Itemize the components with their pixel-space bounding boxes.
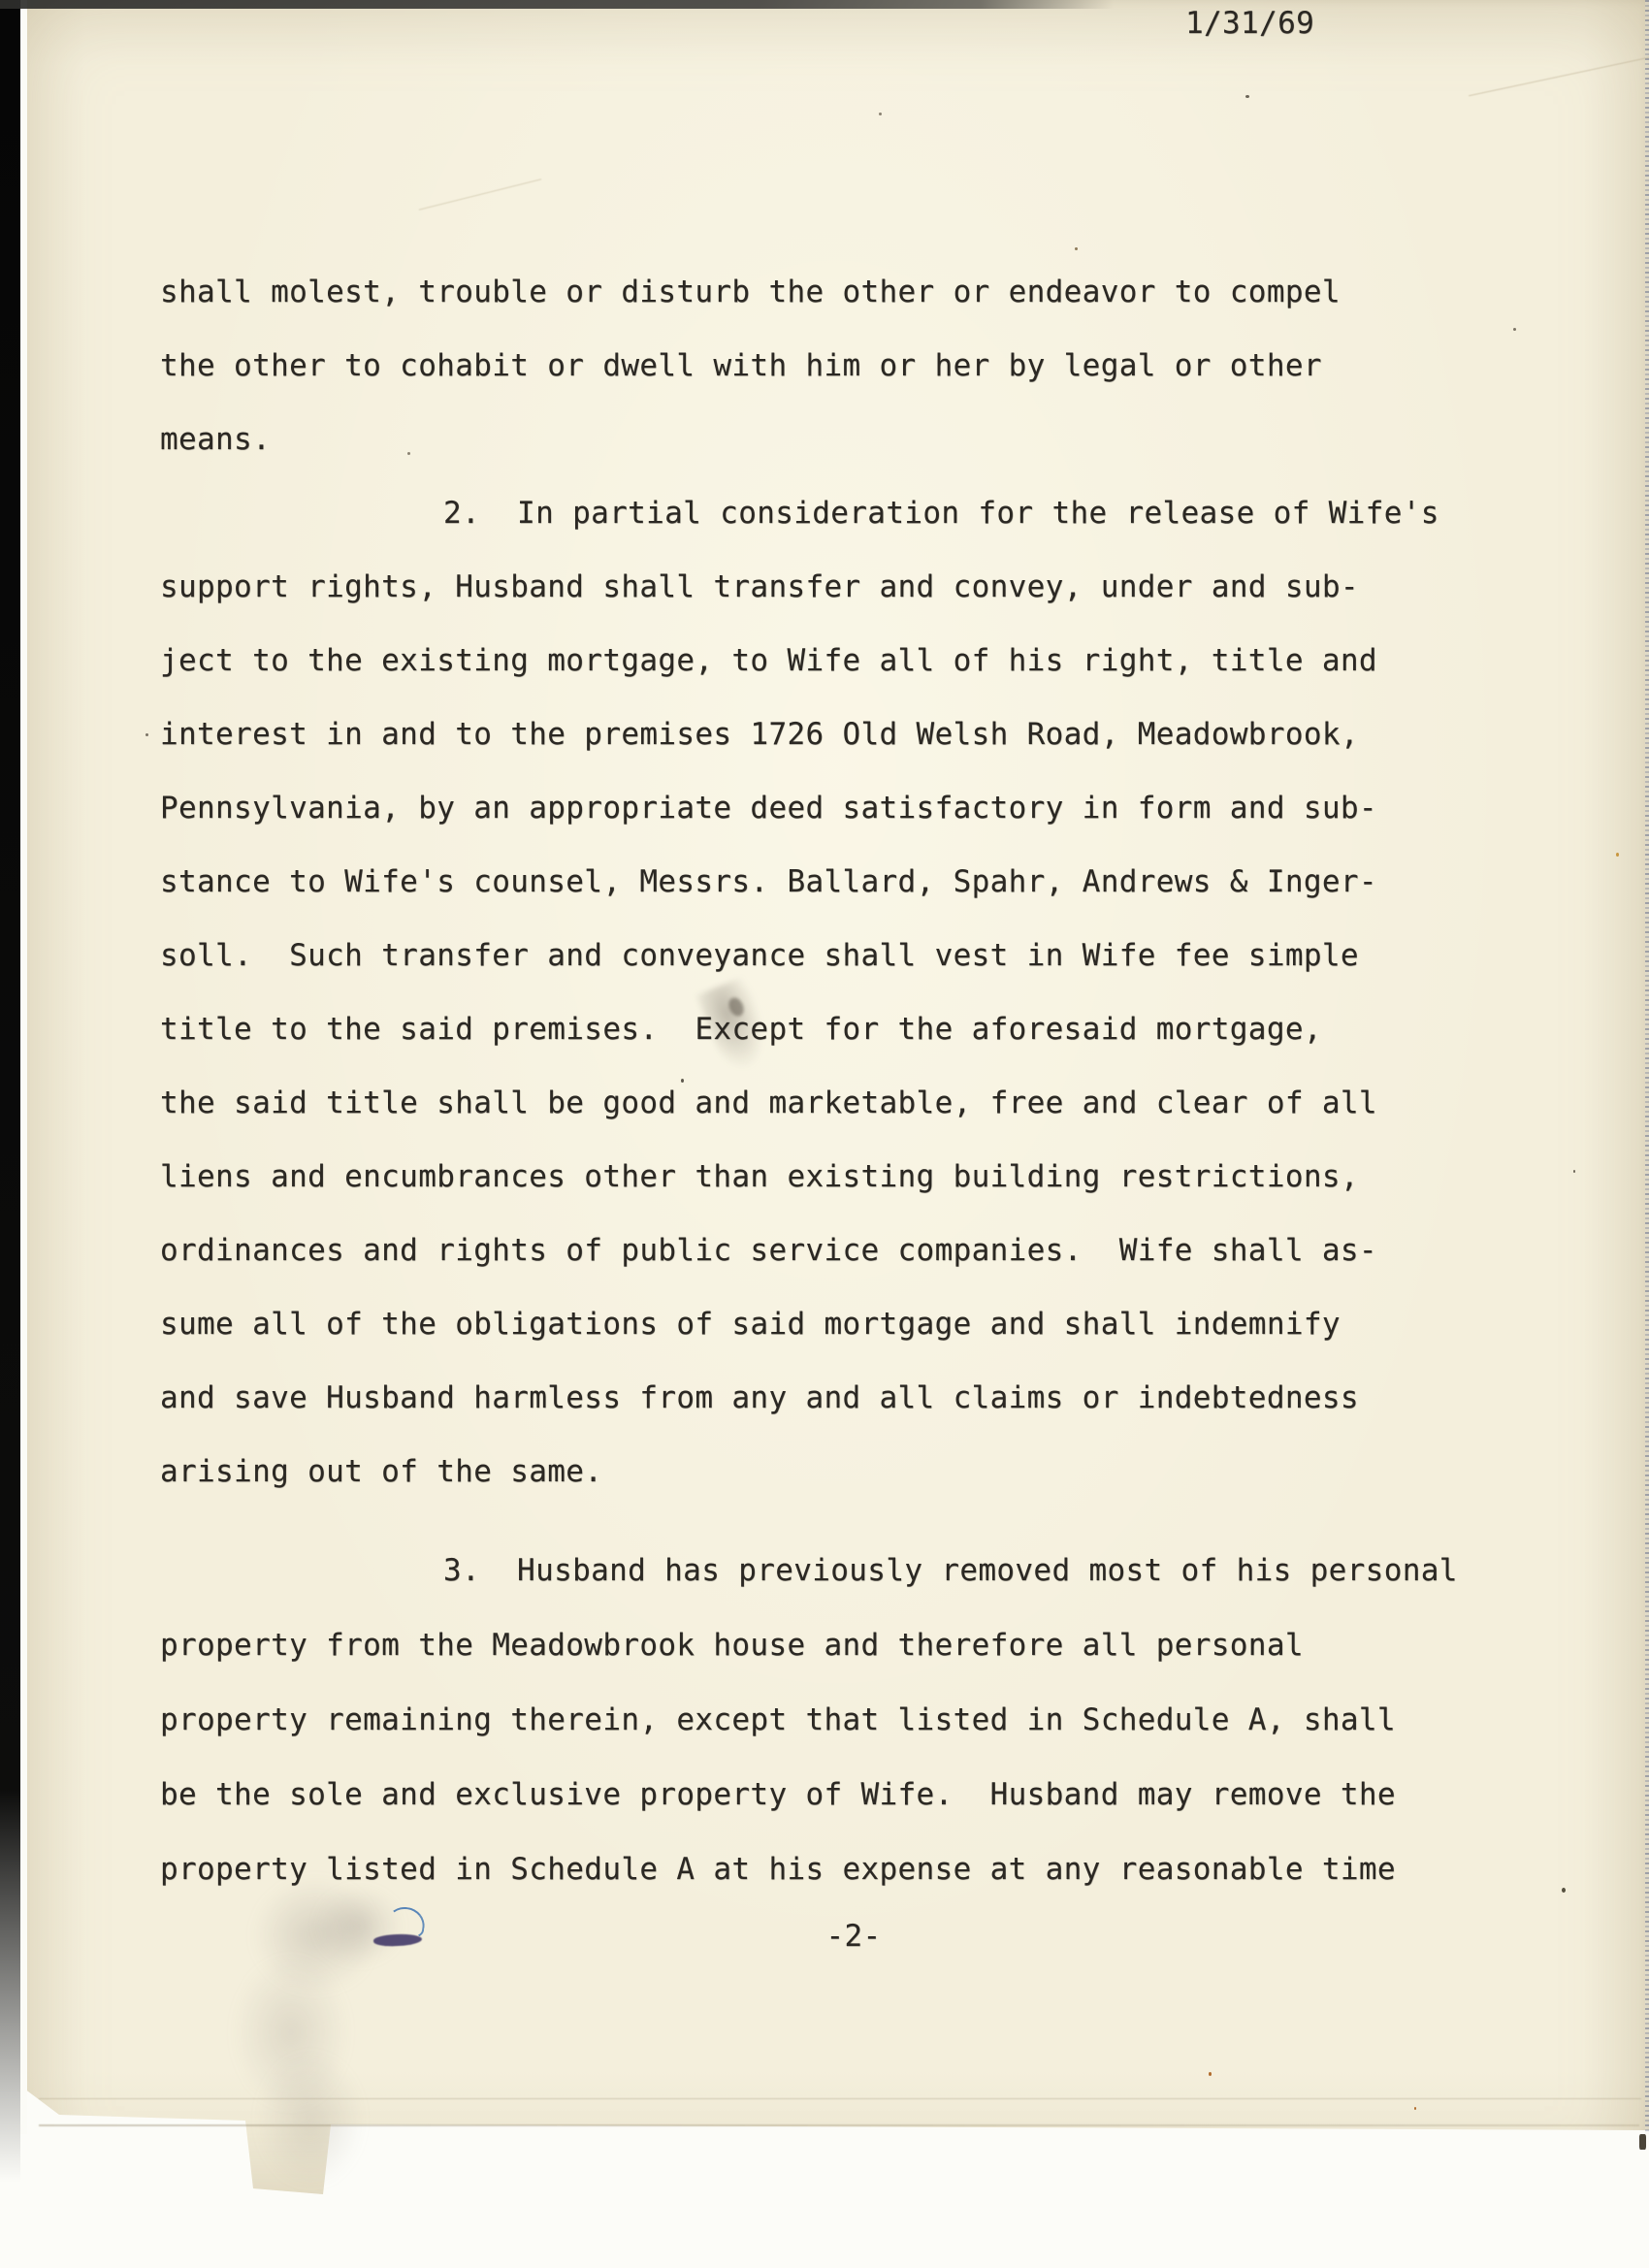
- typed-date: 1/31/69: [1185, 6, 1314, 41]
- paper-speck: [1562, 1888, 1566, 1893]
- scan-edge-top: [0, 0, 1114, 9]
- page-number: -2-: [795, 1919, 912, 1954]
- scanned-document-page: { "colors": { "paper": "#f4efdc", "ink":…: [0, 0, 1649, 2268]
- paper-speck: [1414, 2107, 1416, 2110]
- paper-speck: [1616, 853, 1619, 857]
- paper-speck: [1245, 95, 1249, 98]
- document-line: support rights, Husband shall transfer a…: [160, 569, 1518, 608]
- document-line: and save Husband harmless from any and a…: [160, 1380, 1518, 1419]
- document-line: 3. Husband has previously removed most o…: [160, 1553, 1649, 1592]
- document-line: property remaining therein, except that …: [160, 1702, 1518, 1741]
- document-line: Pennsylvania, by an appropriate deed sat…: [160, 791, 1518, 829]
- document-line: ordinances and rights of public service …: [160, 1233, 1518, 1272]
- document-line: means.: [160, 422, 1518, 461]
- document-line: interest in and to the premises 1726 Old…: [160, 717, 1518, 756]
- document-line: shall molest, trouble or disturb the oth…: [160, 275, 1518, 313]
- document-line: property listed in Schedule A at his exp…: [160, 1852, 1518, 1891]
- document-line: title to the said premises. Except for t…: [160, 1012, 1518, 1051]
- document-line: be the sole and exclusive property of Wi…: [160, 1777, 1518, 1816]
- document-line: liens and encumbrances other than existi…: [160, 1159, 1518, 1198]
- paper-speck: [681, 1079, 684, 1083]
- paper-speck: [1513, 328, 1516, 331]
- document-line: sume all of the obligations of said mort…: [160, 1307, 1518, 1345]
- document-line: 2. In partial consideration for the rele…: [160, 496, 1649, 535]
- scan-edge-left: [0, 0, 20, 2183]
- document-line: ject to the existing mortgage, to Wife a…: [160, 643, 1518, 682]
- paper-speck: [1209, 2072, 1212, 2076]
- document-line: the said title shall be good and marketa…: [160, 1085, 1518, 1124]
- paper-speck: [879, 113, 882, 115]
- document-line: stance to Wife's counsel, Messrs. Ballar…: [160, 864, 1518, 903]
- document-line: property from the Meadowbrook house and …: [160, 1628, 1518, 1667]
- paper-speck: [1573, 1170, 1575, 1173]
- document-line: soll. Such transfer and conveyance shall…: [160, 938, 1518, 977]
- scan-edge-left-gap: [20, 0, 27, 2134]
- document-line: arising out of the same.: [160, 1454, 1518, 1493]
- document-line: the other to cohabit or dwell with him o…: [160, 348, 1518, 387]
- paper-bottom-edge: [39, 2124, 1639, 2126]
- paper-speck: [145, 733, 148, 736]
- scan-edge-right: [1645, 0, 1649, 2134]
- fold-crease: [39, 2098, 1641, 2099]
- paper-speck: [1639, 2134, 1646, 2150]
- paper-speck: [1075, 247, 1078, 250]
